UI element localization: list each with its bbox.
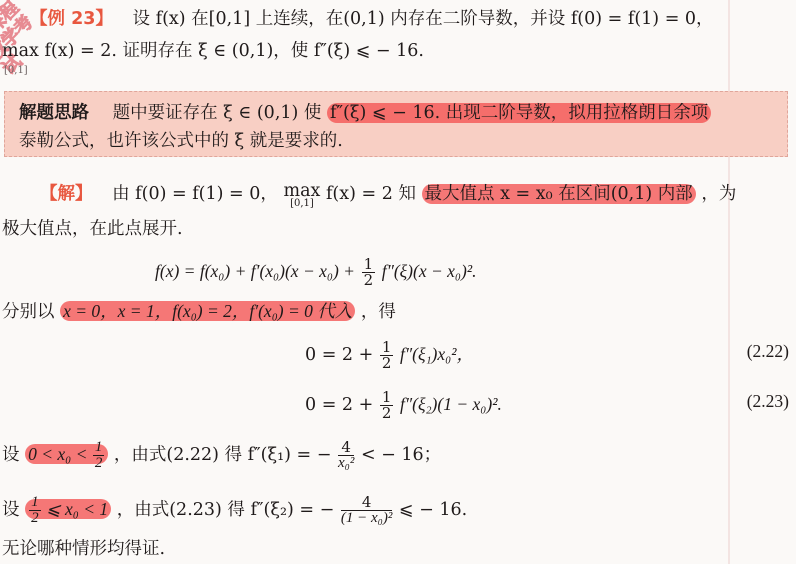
example-statement-1: 设 f(x) 在[0,1] 上连续，在(0,1) 内存在二阶导数，并设 f(0)… (133, 9, 714, 29)
hint-box: 解题思路 题中要证存在 ξ ∈ (0,1) 使 f″(ξ) ⩽ − 16. 出现… (4, 91, 788, 157)
frac-den: 2 (93, 456, 105, 471)
textbook-page: 数课程教学考试 【例 23】 设 f(x) 在[0,1] 上连续，在(0,1) … (0, 0, 796, 564)
frac-num: 1 (29, 495, 41, 511)
case1-frac2: 4x₀² (338, 440, 354, 471)
frac-den: 2 (380, 356, 394, 371)
case-1-line: 设 0 < x₀ < 12 ，由式(2.22) 得 f″(ξ₁) = − 4x₀… (2, 440, 441, 471)
example-statement-2: max f(x) = 2. 证明存在 ξ ∈ (0,1)，使 f″(ξ) ⩽ −… (2, 41, 424, 61)
eq223-lhs: 0 = 2 + (305, 395, 373, 415)
eq-number-223: (2.23) (747, 390, 789, 412)
solution-line-2: 极大值点，在此点展开. (2, 218, 183, 240)
case1-end: < − 16； (361, 445, 441, 465)
taylor-fraction: 12 (362, 257, 376, 288)
case2-pre: 设 (2, 500, 20, 520)
solution-line-1: 【解】 由 f(0) = f(1) = 0， max [0,1] f(x) = … (40, 183, 736, 209)
hint-title: 解题思路 (19, 103, 89, 123)
conclusion-line: 无论哪种情形均得证. (2, 538, 165, 560)
frac-den: 2 (362, 273, 376, 288)
eq222-fraction: 12 (380, 340, 394, 371)
frac-den: 2 (29, 511, 41, 526)
frac-den: (1 − x₀)² (341, 511, 392, 526)
subst-highlight: x = 0，x = 1，f(x₀) = 2，f′(x₀) = 0 代入 (60, 301, 355, 321)
case2-frac2: 4(1 − x₀)² (341, 495, 392, 526)
case2-frac: 12 (29, 495, 41, 526)
eq-number-222: (2.22) (747, 340, 789, 362)
solution-text-2: f(x) = 2 知 (326, 184, 416, 204)
equation-2-23: 0 = 2 + 12 f″(ξ₂)(1 − x₀)². (2.23) (305, 390, 785, 421)
frac-num: 4 (338, 440, 354, 456)
eq222-rhs: f″(ξ₁)x₀²， (400, 344, 474, 364)
example-tag: 【例 23】 (30, 9, 113, 29)
max-operator: max [0,1] (283, 183, 320, 209)
case-2-line: 设 12 ⩽ x₀ < 1 ，由式(2.23) 得 f″(ξ₂) = − 4(1… (2, 495, 467, 526)
taylor-formula: f(x) = f(x₀) + f′(x₀)(x − x₀) + 12 f″(ξ)… (155, 257, 476, 288)
case2-mid: ，由式(2.23) 得 f″(ξ₂) = − (117, 500, 335, 520)
case2-highlight: 12 ⩽ x₀ < 1 (25, 499, 111, 519)
frac-num: 4 (341, 495, 392, 511)
hint-line-2: 泰勒公式，也许该公式中的 ξ 就是要求的. (19, 130, 343, 152)
solution-tag: 【解】 (40, 184, 93, 204)
frac-den: x₀² (338, 456, 354, 471)
example-line-2: max f(x) = 2. 证明存在 ξ ∈ (0,1)，使 f″(ξ) ⩽ −… (2, 40, 424, 62)
hint-text-1: 题中要证存在 ξ ∈ (0,1) 使 (113, 103, 322, 123)
hint-line-1: 解题思路 题中要证存在 ξ ∈ (0,1) 使 f″(ξ) ⩽ − 16. 出现… (19, 102, 711, 124)
taylor-rhs: f″(ξ)(x − x₀)². (382, 261, 477, 281)
solution-highlight-1: 最大值点 x = x₀ 在区间(0,1) 内部 (422, 184, 696, 204)
taylor-lhs: f(x) = f(x₀) + f′(x₀)(x − x₀) + (155, 261, 355, 281)
case2-end: ⩽ − 16. (399, 500, 467, 520)
eq223-rhs: f″(ξ₂)(1 − x₀)². (400, 394, 502, 414)
subst-end: ，得 (361, 302, 396, 322)
case1-mid: ，由式(2.22) 得 f″(ξ₁) = − (114, 445, 332, 465)
case1-frac: 12 (93, 440, 105, 471)
substitution-line: 分别以 x = 0，x = 1，f(x₀) = 2，f′(x₀) = 0 代入 … (2, 300, 396, 323)
max-subscript: [0,1] (4, 60, 28, 82)
case1-ineq: 0 < x₀ < (28, 444, 87, 464)
subst-text: 分别以 (2, 302, 55, 322)
equation-2-22: 0 = 2 + 12 f″(ξ₁)x₀²， (2.22) (305, 340, 785, 371)
frac-den: 2 (380, 406, 394, 421)
case1-highlight: 0 < x₀ < 12 (25, 444, 108, 464)
case2-ineq: ⩽ x₀ < 1 (46, 499, 108, 519)
page-fold-line (728, 0, 730, 564)
eq222-lhs: 0 = 2 + (305, 345, 373, 365)
eq223-fraction: 12 (380, 390, 394, 421)
solution-text-1: 由 f(0) = f(1) = 0， (112, 184, 278, 204)
case1-pre: 设 (2, 445, 20, 465)
example-line-1: 【例 23】 设 f(x) 在[0,1] 上连续，在(0,1) 内存在二阶导数，… (30, 8, 714, 30)
hint-highlight: f″(ξ) ⩽ − 16. 出现二阶导数，拟用拉格朗日余项 (327, 103, 711, 123)
frac-num: 1 (93, 440, 105, 456)
solution-text-3: ，为 (701, 184, 736, 204)
